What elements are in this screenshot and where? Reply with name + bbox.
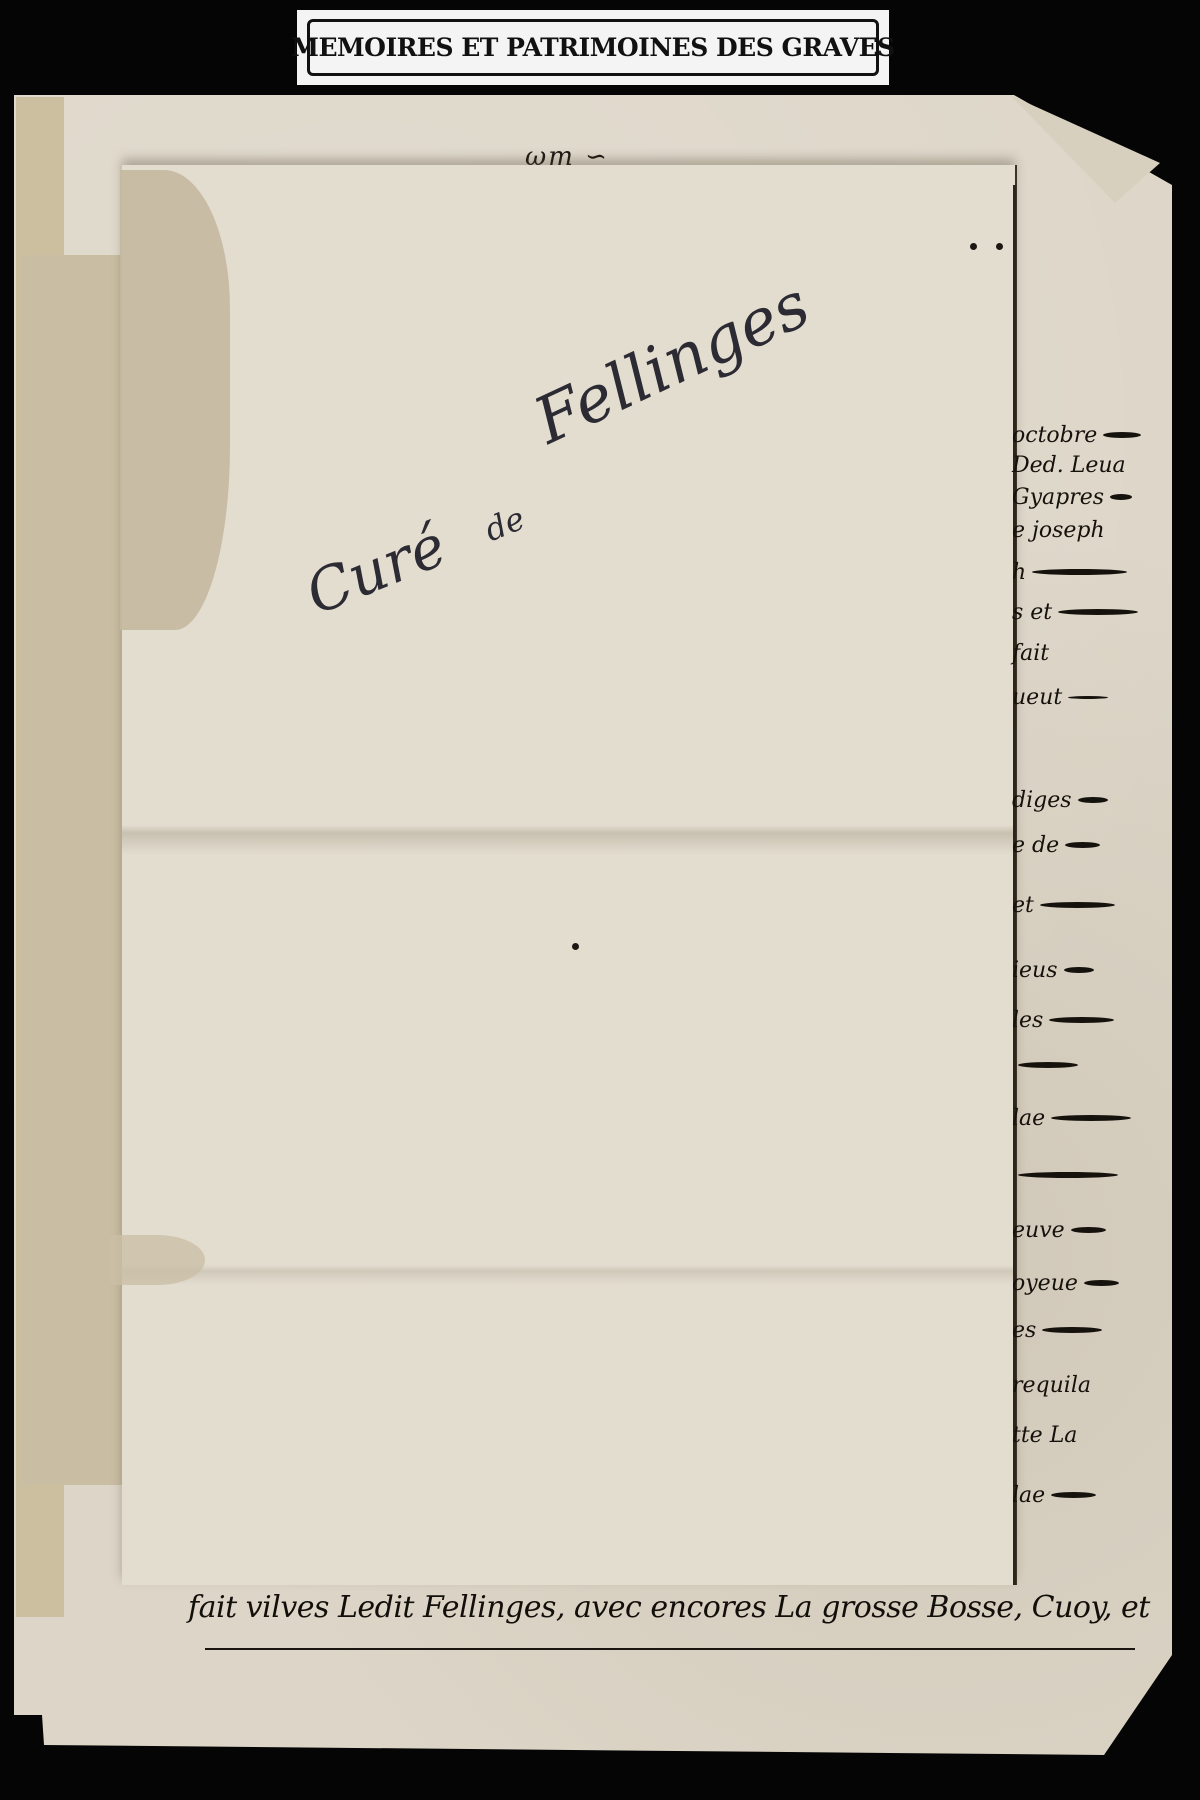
margin-line: et: [1012, 885, 1115, 925]
margin-line: ueut: [1012, 677, 1108, 717]
bottom-underline: [205, 1648, 1135, 1650]
ink-dot: [572, 943, 579, 950]
margin-line: les: [1012, 1000, 1114, 1040]
margin-line: fait: [1012, 633, 1049, 673]
left-tan-overlay: [22, 255, 128, 1485]
margin-line: ieus: [1012, 950, 1094, 990]
archive-label-border: MEMOIRES ET PATRIMOINES DES GRAVES: [307, 19, 879, 76]
margin-line: h: [1012, 552, 1127, 592]
margin-line: diges: [1012, 780, 1108, 820]
ink-dot: [996, 243, 1003, 250]
margin-line: tte La: [1012, 1415, 1077, 1455]
archive-label: MEMOIRES ET PATRIMOINES DES GRAVES: [297, 10, 889, 85]
margin-line: oyeue: [1012, 1263, 1119, 1303]
margin-line: [1012, 1155, 1118, 1195]
margin-line: es: [1012, 1310, 1102, 1350]
water-stain: [120, 170, 230, 630]
margin-line: lae: [1012, 1475, 1096, 1515]
margin-line: e de: [1012, 825, 1100, 865]
archive-label-text: MEMOIRES ET PATRIMOINES DES GRAVES: [291, 33, 894, 62]
margin-line: euve: [1012, 1210, 1106, 1250]
margin-line: e joseph: [1012, 510, 1105, 550]
margin-line: [1012, 1045, 1078, 1085]
margin-line: requila: [1012, 1365, 1091, 1405]
bottom-handwritten-line: fait vilves Ledit Fellinges, avec encore…: [188, 1590, 1150, 1625]
ink-dot: [970, 243, 977, 250]
margin-line: lae: [1012, 1098, 1131, 1138]
margin-line: s et: [1012, 592, 1138, 632]
water-stain-small: [110, 1235, 205, 1285]
